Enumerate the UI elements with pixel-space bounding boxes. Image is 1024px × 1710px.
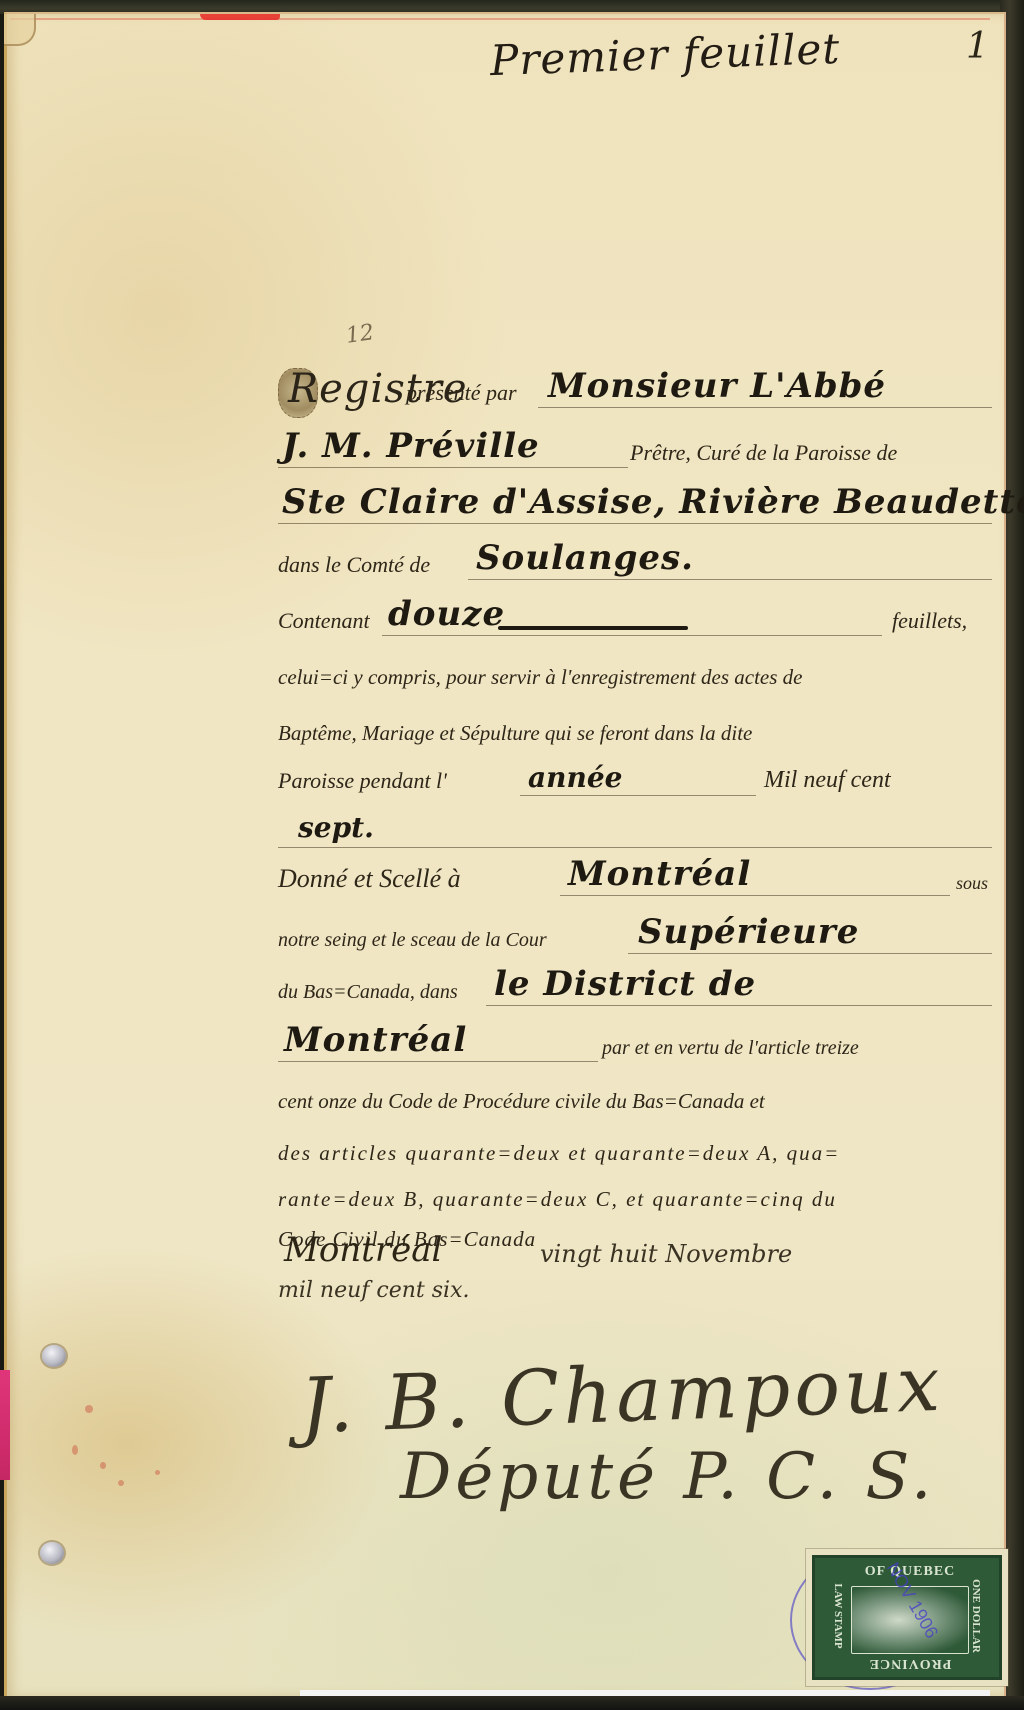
- form-row-leaf-count: Contenant douze feuillets,: [278, 582, 992, 642]
- fill-line: [278, 523, 992, 524]
- form-row-parish: Ste Claire d'Assise, Rivière Beaudette: [278, 470, 992, 530]
- printed-text: dans le Comté de: [278, 552, 430, 578]
- stamp-right-text: ONE DOLLAR: [970, 1571, 982, 1661]
- form-row-county: dans le Comté de Soulanges.: [278, 526, 992, 586]
- paper-stain: [100, 1462, 106, 1469]
- fill-line: [560, 895, 950, 896]
- handwritten-year-word: année: [528, 761, 623, 794]
- printed-text: Contenant: [278, 608, 370, 634]
- printed-text: Donné et Scellé à: [278, 864, 461, 894]
- handwritten-county: Soulanges.: [476, 538, 694, 578]
- form-row-district: du Bas=Canada, dans le District de: [278, 952, 992, 1012]
- form-row-presented-by: présenté par Monsieur L'Abbé: [278, 354, 992, 414]
- page-number: 1: [966, 26, 989, 67]
- printed-text: Prêtre, Curé de la Paroisse de: [630, 440, 897, 466]
- handwritten-parish-name: Ste Claire d'Assise, Rivière Beaudette: [282, 482, 1024, 522]
- handwritten-leaf-count: douze: [388, 594, 505, 634]
- binding-ribbon: [0, 1370, 10, 1480]
- printed-text: du Bas=Canada, dans: [278, 981, 458, 1004]
- printed-text: feuillets,: [892, 608, 967, 634]
- handwritten-district: le District de: [494, 964, 756, 1004]
- printed-text: par et en vertu de l'article treize: [602, 1037, 859, 1060]
- handwritten-district-name: Montréal: [284, 1020, 467, 1060]
- paper-stain: [118, 1480, 124, 1486]
- form-row-court: notre seing et le sceau de la Cour Supér…: [278, 900, 992, 960]
- rivet-icon: [42, 1345, 66, 1367]
- volume-note: 12: [344, 320, 375, 349]
- paper-stain: [72, 1445, 78, 1455]
- printed-text: présenté par: [406, 380, 517, 406]
- handwritten-court: Supérieure: [638, 912, 859, 952]
- printed-text: cent onze du Code de Procédure civile du…: [278, 1089, 765, 1114]
- handwritten-priest-name: J. M. Préville: [282, 426, 540, 466]
- closing-date-line1: vingt huit Novembre: [540, 1240, 792, 1268]
- form-row-legal-1: cent onze du Code de Procédure civile du…: [278, 1062, 992, 1122]
- book-binding-bottom: [0, 1696, 1024, 1710]
- handwritten-given-at-place: Montréal: [568, 854, 751, 894]
- form-row-priest-name: J. M. Préville Prêtre, Curé de la Parois…: [278, 414, 992, 474]
- signature-title: Député P. C. S.: [400, 1440, 935, 1514]
- paper-stain: [155, 1470, 160, 1475]
- stamp-left-text: LAW STAMP: [832, 1571, 844, 1661]
- printed-text: Mil neuf cent: [764, 767, 891, 794]
- form-row-given-at: Donné et Scellé à Montréal sous: [278, 842, 992, 902]
- printed-text: notre seing et le sceau de la Cour: [278, 929, 547, 952]
- stamp-bottom-text: PROVINCE: [845, 1655, 975, 1671]
- handwritten-presenter-title: Monsieur L'Abbé: [548, 366, 886, 406]
- filler-stroke: [498, 626, 688, 630]
- closing-date-line2: mil neuf cent six.: [278, 1278, 470, 1303]
- fill-line: [468, 579, 992, 580]
- fill-line: [538, 407, 992, 408]
- form-row-district-name: Montréal par et en vertu de l'article tr…: [278, 1008, 992, 1068]
- paper-stain: [85, 1405, 93, 1413]
- printed-text: celui=ci y compris, pour servir à l'enre…: [278, 665, 803, 690]
- form-row-purpose: celui=ci y compris, pour servir à l'enre…: [278, 638, 992, 698]
- fill-line: [278, 467, 628, 468]
- fill-line: [382, 635, 882, 636]
- red-ink-smudge: [200, 14, 280, 20]
- fill-line: [486, 1005, 992, 1006]
- rivet-icon: [40, 1542, 64, 1564]
- closing-place: Montréal: [284, 1230, 442, 1270]
- handwritten-year-value: sept.: [298, 811, 374, 844]
- bottom-paper-strip: [300, 1690, 990, 1696]
- printed-text: Paroisse pendant l': [278, 768, 447, 794]
- page-red-border-line: [10, 18, 990, 20]
- printed-text: sous: [956, 873, 988, 894]
